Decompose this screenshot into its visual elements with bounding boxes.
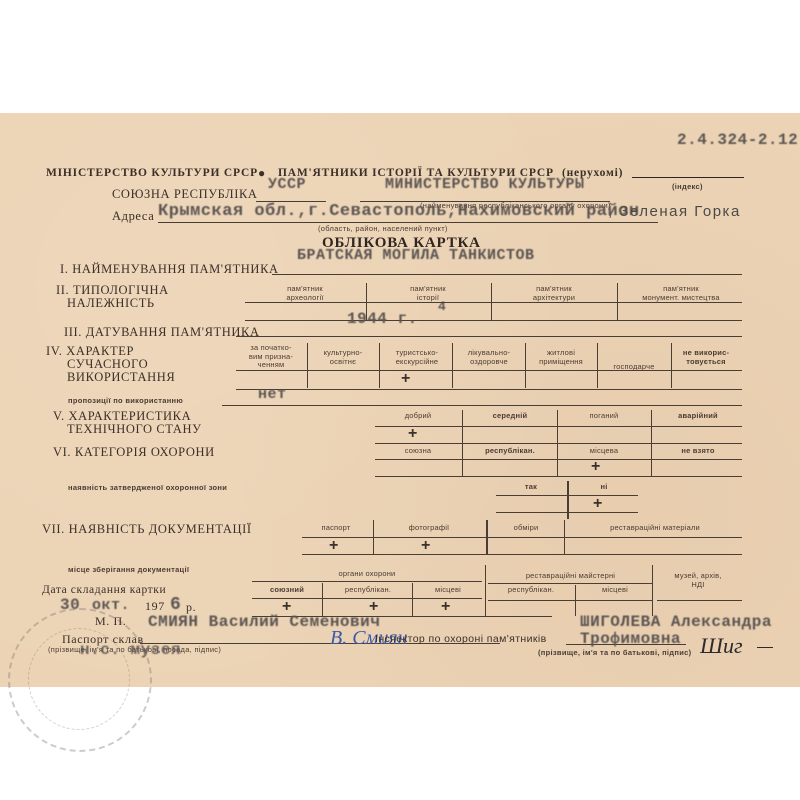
s2-col-label: археології bbox=[245, 294, 365, 303]
s7-workshop-republican[interactable]: республікан. bbox=[488, 586, 574, 595]
s5-col-average[interactable]: середній bbox=[465, 412, 555, 421]
index-code: 2.4.324-2.12.I bbox=[677, 131, 800, 149]
s7-divider bbox=[486, 520, 488, 554]
s7-organs-row-line bbox=[252, 598, 482, 599]
s6-header-line bbox=[375, 459, 742, 460]
inspector-signature-dash bbox=[757, 647, 773, 648]
s6-zone-bottom-line bbox=[496, 512, 638, 513]
s4-col-original-purpose[interactable]: за початко- вим призна- ченням bbox=[236, 344, 306, 370]
seal-label: М. П. bbox=[95, 615, 126, 628]
s2-divider bbox=[617, 283, 618, 321]
inspector-label: Інспектор по охороні пам'ятників bbox=[375, 633, 547, 646]
s5-divider bbox=[462, 410, 463, 444]
s7-divider bbox=[412, 583, 413, 616]
s7-label: VІІ. НАЯВНІСТЬ ДОКУМЕНТАЦІЇ bbox=[42, 523, 252, 536]
s4-col-label: оздоровче bbox=[454, 358, 524, 367]
s6-col-not-taken[interactable]: не взято bbox=[654, 447, 742, 456]
republic-label: СОЮЗНА РЕСПУБЛІКА bbox=[112, 188, 258, 201]
index-line bbox=[632, 177, 744, 178]
s1-value: БРАТСКАЯ МОГИЛА ТАНКИСТОВ bbox=[297, 247, 535, 264]
s6-divider bbox=[557, 444, 558, 476]
s4-col-not-used[interactable]: не викорис- товується bbox=[672, 349, 740, 366]
s2-col-label: історії bbox=[367, 294, 489, 303]
s4-divider bbox=[379, 343, 380, 388]
s7-museum-label: НДІ bbox=[655, 581, 741, 590]
s6-zone-no[interactable]: ні bbox=[570, 483, 638, 492]
inspector-caption: (прізвище, ім'я та по батькові, підпис) bbox=[538, 648, 691, 657]
inspector-signature: Шиг bbox=[700, 633, 743, 659]
s4-proposals-value: нет bbox=[258, 386, 287, 403]
s7-organ-local[interactable]: місцеві bbox=[415, 586, 481, 595]
s6-zone-no-mark: + bbox=[593, 496, 602, 512]
s6-local-mark: + bbox=[591, 459, 600, 475]
s2-col-archaeology[interactable]: пам'ятник археології bbox=[245, 285, 365, 302]
s2-col-history[interactable]: пам'ятник історії bbox=[367, 285, 489, 302]
s4-header-line bbox=[236, 370, 742, 371]
s6-label: VІ. КАТЕГОРІЯ ОХОРОНИ bbox=[53, 446, 215, 459]
s6-divider bbox=[651, 444, 652, 476]
s5-col-emergency[interactable]: аварійний bbox=[654, 412, 742, 421]
s7-photos-mark: + bbox=[421, 538, 430, 554]
s7-museum[interactable]: музей, архів, НДІ bbox=[655, 572, 741, 589]
s6-bottom-line bbox=[375, 476, 742, 477]
s7-passport-mark: + bbox=[329, 538, 338, 554]
organ-value: МИНИСТЕРСТВО КУЛЬТУРЫ bbox=[385, 176, 585, 193]
address-handwritten: , Зеленая Горка bbox=[608, 203, 741, 220]
s7-organ-republican[interactable]: республікан. bbox=[324, 586, 412, 595]
address-caption: (область, район, населений пункт) bbox=[318, 224, 448, 233]
address-label: Адреса bbox=[112, 210, 154, 223]
s7-workshops-header: реставраційні майстерні bbox=[488, 572, 653, 581]
s7-divider bbox=[485, 565, 486, 616]
s7-col-measurements[interactable]: обміри bbox=[490, 524, 562, 533]
s7-header-line bbox=[302, 537, 742, 538]
s7-col-passport[interactable]: паспорт bbox=[302, 524, 370, 533]
s3-value: 1944 г. bbox=[347, 310, 418, 328]
s7-col-restoration-materials[interactable]: реставраційні матеріали bbox=[568, 524, 742, 533]
s5-header-line bbox=[375, 426, 742, 427]
s7-divider bbox=[373, 520, 374, 554]
s7-divider bbox=[575, 585, 576, 616]
s6-divider bbox=[462, 444, 463, 476]
s7-organ-union[interactable]: союзний bbox=[252, 586, 322, 595]
inspector-name-1: ШИГОЛЕВА Александра bbox=[580, 613, 772, 631]
s4-col-label: ченням bbox=[236, 361, 306, 370]
s6-col-union[interactable]: союзна bbox=[375, 447, 461, 456]
s4-proposals-line bbox=[222, 405, 742, 406]
s5-col-poor[interactable]: поганий bbox=[560, 412, 648, 421]
s7-workshop-local[interactable]: місцеві bbox=[578, 586, 652, 595]
s2-col-label: монумент. мистецтва bbox=[620, 294, 742, 303]
s2-header-line bbox=[245, 302, 742, 303]
s7-divider bbox=[652, 565, 653, 616]
s2-divider bbox=[491, 283, 492, 321]
date-day: 30 bbox=[60, 596, 80, 614]
s5-bottom-line bbox=[375, 443, 742, 444]
s4-divider bbox=[525, 343, 526, 388]
s7-workshops-header-line bbox=[488, 583, 653, 584]
s7-divider bbox=[564, 520, 565, 554]
s5-label-2: ТЕХНІЧНОГО СТАНУ bbox=[67, 423, 202, 436]
ministry-header: МІНІСТЕРСТВО КУЛЬТУРИ СРСР bbox=[46, 167, 258, 179]
inspector-name-2: Трофимовна bbox=[580, 630, 681, 648]
s5-good-mark: + bbox=[408, 426, 417, 442]
s2-col-monumental-art[interactable]: пам'ятник монумент. мистецтва bbox=[620, 285, 742, 302]
s7-organs-header-line bbox=[252, 581, 482, 582]
s4-tourist-mark: + bbox=[401, 371, 410, 387]
s4-col-label: приміщення bbox=[526, 358, 596, 367]
s7-divider bbox=[322, 583, 323, 616]
s4-col-housing[interactable]: житлові приміщення bbox=[526, 349, 596, 366]
republic-value: УССР bbox=[268, 176, 306, 193]
s1-label: І. НАЙМЕНУВАННЯ ПАМ'ЯТНИКА bbox=[60, 263, 279, 276]
registration-card: 2.4.324-2.12.I МІНІСТЕРСТВО КУЛЬТУРИ СРС… bbox=[0, 113, 800, 687]
s6-zone-divider bbox=[567, 481, 569, 519]
s7-bottom-line bbox=[302, 554, 742, 555]
s4-divider bbox=[597, 343, 598, 388]
s7-organ-local-mark: + bbox=[441, 599, 450, 615]
s4-divider bbox=[307, 343, 308, 388]
s4-divider bbox=[671, 343, 672, 388]
date-month: окт. bbox=[92, 597, 130, 614]
s3-label: ІІІ. ДАТУВАННЯ ПАМ'ЯТНИКА bbox=[64, 326, 260, 339]
s4-divider bbox=[452, 343, 453, 388]
s7-museum-line bbox=[657, 600, 742, 601]
s4-col-label: товується bbox=[672, 358, 740, 367]
bullet-icon: ● bbox=[258, 166, 266, 181]
address-line bbox=[158, 222, 658, 223]
s2-bottom-line bbox=[245, 320, 742, 321]
date-year-suffix: 6 bbox=[170, 595, 181, 615]
s1-line bbox=[272, 274, 742, 275]
s2-col-label: архітектури bbox=[492, 294, 616, 303]
s5-col-good[interactable]: добрий bbox=[375, 412, 461, 421]
s2-label-2: НАЛЕЖНІСТЬ bbox=[67, 297, 155, 310]
s4-col-label: освітнє bbox=[308, 358, 378, 367]
s7-workshops-row-line bbox=[488, 600, 653, 601]
s6-col-local[interactable]: місцева bbox=[560, 447, 648, 456]
s4-col-label: екскурсійне bbox=[381, 358, 453, 367]
s6-zone-label: наявність затвердженої охоронної зони bbox=[68, 483, 227, 492]
s4-bottom-line bbox=[236, 389, 742, 390]
s6-col-republican[interactable]: республікан. bbox=[465, 447, 555, 456]
s7-col-photos[interactable]: фотографії bbox=[375, 524, 483, 533]
s7-organs-header: органи охорони bbox=[252, 570, 482, 579]
s4-proposals-label: пропозиції по використанню bbox=[68, 396, 183, 405]
s5-divider bbox=[557, 410, 558, 444]
s4-col-tourist-excursion[interactable]: туристсько- екскурсійне bbox=[381, 349, 453, 366]
s3-line bbox=[236, 336, 742, 337]
s5-divider bbox=[651, 410, 652, 444]
s4-col-health[interactable]: лікувально- оздоровче bbox=[454, 349, 524, 366]
s6-zone-yes[interactable]: так bbox=[496, 483, 566, 492]
compiler-position: н.с. музея bbox=[80, 641, 181, 659]
address-value: Крымская обл.,г.Севастополь,Нахимовский … bbox=[158, 202, 640, 221]
index-caption: (індекс) bbox=[672, 182, 703, 191]
date-year-prefix: 197 bbox=[145, 600, 165, 613]
s2-col-architecture[interactable]: пам'ятник архітектури bbox=[492, 285, 616, 302]
s4-col-cultural-educational[interactable]: культурно- освітнє bbox=[308, 349, 378, 366]
s7-storage-label: місце зберігання документації bbox=[68, 565, 189, 574]
s4-label-3: ВИКОРИСТАННЯ bbox=[67, 371, 175, 384]
